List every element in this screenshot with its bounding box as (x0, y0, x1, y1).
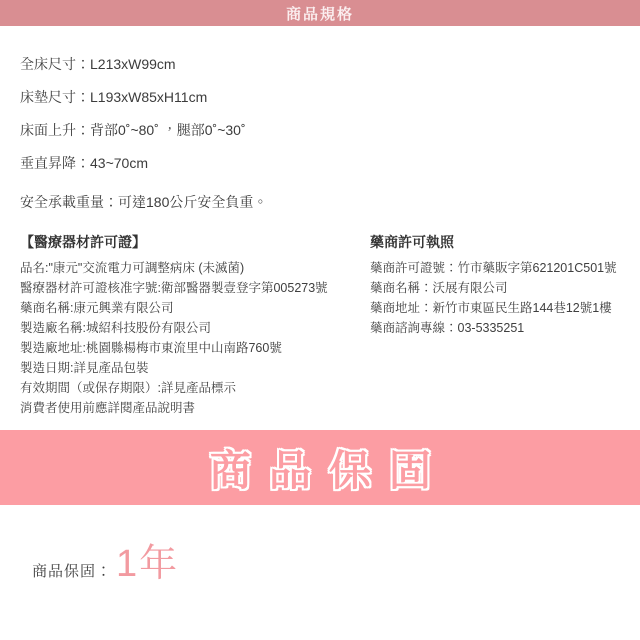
license-section: 【醫療器材許可證】 品名:"康元"交流電力可調整病床 (未滅菌) 醫療器材許可證… (20, 232, 632, 418)
medical-license-title: 【醫療器材許可證】 (20, 232, 370, 252)
medical-license-consumer-notice: 消費者使用前應詳閱產品說明書 (20, 398, 370, 418)
warranty-banner-title: 商品保固 (191, 438, 449, 498)
spec-list: 全床尺寸：L213xW99cm 床墊尺寸：L193xW85xH11cm 床面上升… (20, 48, 620, 219)
spec-section-header-bar: 商品規格 (0, 0, 640, 26)
warranty-label: 商品保固： (32, 560, 112, 581)
medical-license-dealer-name: 藥商名稱:康元興業有限公司 (20, 298, 370, 318)
spec-section-title: 商品規格 (286, 3, 354, 24)
pharma-license-column: 藥商許可執照 藥商許可證號：竹市藥販字第621201C501號 藥商名稱：沃展有… (370, 232, 632, 418)
spec-row-bed-size: 全床尺寸：L213xW99cm (20, 48, 620, 81)
medical-license-product-name: 品名:"康元"交流電力可調整病床 (未滅菌) (20, 258, 370, 278)
medical-license-column: 【醫療器材許可證】 品名:"康元"交流電力可調整病床 (未滅菌) 醫療器材許可證… (20, 232, 370, 418)
spec-row-mattress-size: 床墊尺寸：L193xW85xH11cm (20, 81, 620, 114)
pharma-dealer-name: 藥商名稱：沃展有限公司 (370, 278, 632, 298)
spec-row-surface-raise: 床面上升：背部0˚~80˚ ，腿部0˚~30˚ (20, 114, 620, 147)
spec-row-safe-load: 安全承載重量：可達180公斤安全負重。 (20, 186, 620, 219)
spec-row-vertical-lift: 垂直昇降：43~70cm (20, 147, 620, 180)
warranty-banner: 商品保固 (0, 430, 640, 505)
product-spec-page: 商品規格 全床尺寸：L213xW99cm 床墊尺寸：L193xW85xH11cm… (0, 0, 640, 640)
medical-license-approval-number: 醫療器材許可證核准字號:衛部醫器製壹登字第005273號 (20, 278, 370, 298)
medical-license-factory-address: 製造廠地址:桃園縣楊梅市東流里中山南路760號 (20, 338, 370, 358)
pharma-license-title: 藥商許可執照 (370, 232, 632, 252)
warranty-info-line: 商品保固： 1年 (32, 532, 179, 584)
pharma-dealer-address: 藥商地址：新竹市東區民生路144巷12號1樓 (370, 298, 632, 318)
pharma-license-number: 藥商許可證號：竹市藥販字第621201C501號 (370, 258, 632, 278)
warranty-value: 1年 (116, 532, 179, 587)
medical-license-expiry: 有效期間（或保存期限）:詳見產品標示 (20, 378, 370, 398)
medical-license-manufacture-date: 製造日期:詳見產品包裝 (20, 358, 370, 378)
medical-license-factory-name: 製造廠名稱:城紹科技股份有限公司 (20, 318, 370, 338)
pharma-hotline: 藥商諮詢專線：03-5335251 (370, 318, 632, 338)
